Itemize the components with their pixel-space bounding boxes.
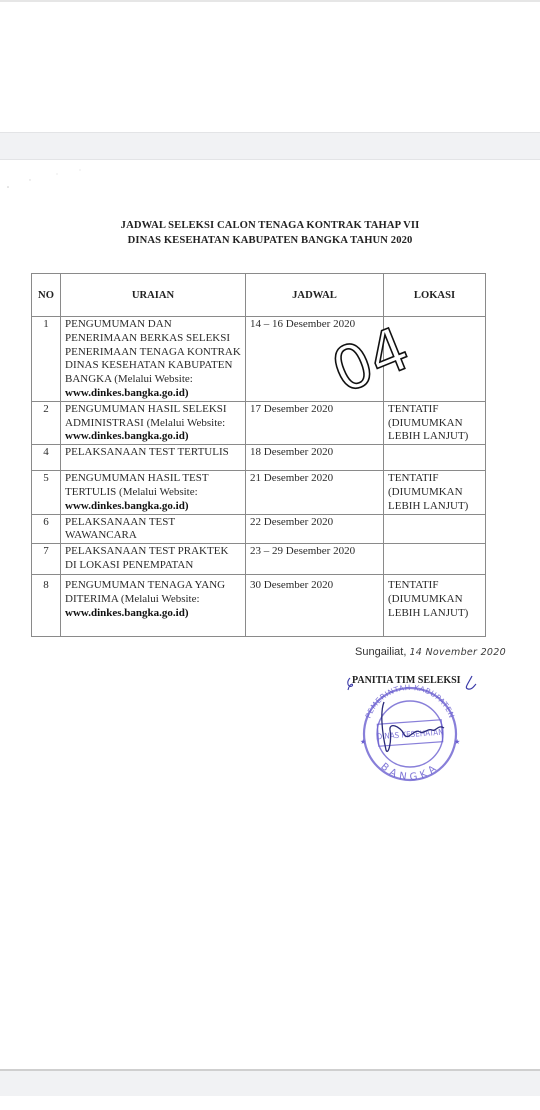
- table-row: 7 PELAKSANAAN TEST PRAKTEK DI LOKASI PEN…: [32, 544, 486, 575]
- cell-uraian: PELAKSANAAN TEST TERTULIS: [61, 445, 246, 471]
- viewer-top-edge: [0, 0, 540, 2]
- cell-uraian: PENGUMUMAN DAN PENERIMAAN BERKAS SELEKSI…: [61, 317, 246, 402]
- website-link[interactable]: www.dinkes.bangka.go.id): [65, 607, 189, 619]
- svg-text:★: ★: [454, 738, 460, 746]
- cell-jadwal: 23 – 29 Desember 2020: [246, 544, 384, 575]
- document-title-line-2: DINAS KESEHATAN KABUPATEN BANGKA TAHUN 2…: [0, 235, 540, 246]
- place-date-line: Sungailiat, 14 November 2020: [355, 646, 506, 658]
- cell-lokasi: TENTATIF (DIUMUMKAN LEBIH LANJUT): [384, 471, 486, 514]
- page-separator-top: [0, 132, 540, 160]
- cell-uraian: PENGUMUMAN TENAGA YANG DITERIMA (Melalui…: [61, 575, 246, 637]
- committee-label: PANITIA TIM SELEKSI: [352, 675, 461, 686]
- table-row: 6 PELAKSANAAN TEST WAWANCARA 22 Desember…: [32, 514, 486, 544]
- cell-lokasi: TENTATIF (DIUMUMKAN LEBIH LANJUT): [384, 575, 486, 637]
- place-name: Sungailiat,: [355, 646, 406, 658]
- cell-uraian: PENGUMUMAN HASIL TEST TERTULIS (Melalui …: [61, 471, 246, 514]
- svg-text:★: ★: [360, 738, 366, 746]
- seal-bottom-text: BANGKA: [378, 761, 441, 782]
- cell-lokasi: [384, 445, 486, 471]
- handwritten-date: 14 November 2020: [409, 647, 506, 658]
- document-title-line-1: JADWAL SELEKSI CALON TENAGA KONTRAK TAHA…: [0, 220, 540, 231]
- cell-jadwal: 22 Desember 2020: [246, 514, 384, 544]
- schedule-table: NO URAIAN JADWAL LOKASI 1 PENGUMUMAN DAN…: [31, 273, 486, 637]
- cell-no: 6: [32, 514, 61, 544]
- cell-jadwal: 17 Desember 2020: [246, 401, 384, 444]
- seal-center-text: DINAS KESEHATAN: [376, 728, 443, 742]
- uraian-text: PENGUMUMAN DAN PENERIMAAN BERKAS SELEKSI…: [65, 318, 241, 385]
- table-header-row: NO URAIAN JADWAL LOKASI: [32, 274, 486, 317]
- cell-jadwal: 21 Desember 2020: [246, 471, 384, 514]
- table-row: 1 PENGUMUMAN DAN PENERIMAAN BERKAS SELEK…: [32, 317, 486, 402]
- uraian-text: PENGUMUMAN TENAGA YANG DITERIMA (Melalui…: [65, 579, 225, 605]
- header-no: NO: [32, 274, 61, 317]
- cell-no: 4: [32, 445, 61, 471]
- cell-no: 5: [32, 471, 61, 514]
- uraian-text: PENGUMUMAN HASIL SELEKSI ADMINISTRASI (M…: [65, 403, 227, 429]
- table-row: 2 PENGUMUMAN HASIL SELEKSI ADMINISTRASI …: [32, 401, 486, 444]
- cell-lokasi: [384, 514, 486, 544]
- cell-uraian: PELAKSANAAN TEST WAWANCARA: [61, 514, 246, 544]
- next-page-edge: [0, 1096, 540, 1110]
- cell-no: 1: [32, 317, 61, 402]
- cell-uraian: PELAKSANAAN TEST PRAKTEK DI LOKASI PENEM…: [61, 544, 246, 575]
- page-separator-bottom: [0, 1069, 540, 1097]
- website-link[interactable]: www.dinkes.bangka.go.id): [65, 430, 189, 442]
- official-seal-stamp: PEMERINTAH KABUPATEN BANGKA DINAS KESEHA…: [340, 672, 480, 782]
- cell-lokasi: [384, 544, 486, 575]
- header-lokasi: LOKASI: [384, 274, 486, 317]
- cell-jadwal: 30 Desember 2020: [246, 575, 384, 637]
- cell-lokasi: TENTATIF (DIUMUMKAN LEBIH LANJUT): [384, 401, 486, 444]
- cell-uraian: PENGUMUMAN HASIL SELEKSI ADMINISTRASI (M…: [61, 401, 246, 444]
- header-uraian: URAIAN: [61, 274, 246, 317]
- table-row: 8 PENGUMUMAN TENAGA YANG DITERIMA (Melal…: [32, 575, 486, 637]
- cell-jadwal: 18 Desember 2020: [246, 445, 384, 471]
- cell-lokasi: [384, 317, 486, 402]
- header-jadwal: JADWAL: [246, 274, 384, 317]
- table-row: 5 PENGUMUMAN HASIL TEST TERTULIS (Melalu…: [32, 471, 486, 514]
- cell-no: 8: [32, 575, 61, 637]
- cell-jadwal: 14 – 16 Desember 2020: [246, 317, 384, 402]
- seal-top-text: PEMERINTAH KABUPATEN: [364, 683, 457, 720]
- website-link[interactable]: www.dinkes.bangka.go.id): [65, 387, 189, 399]
- svg-text:PEMERINTAH KABUPATEN: PEMERINTAH KABUPATEN: [364, 683, 457, 720]
- scan-specks: [0, 158, 100, 198]
- cell-no: 2: [32, 401, 61, 444]
- svg-text:BANGKA: BANGKA: [378, 761, 441, 782]
- table-row: 4 PELAKSANAAN TEST TERTULIS 18 Desember …: [32, 445, 486, 471]
- website-link[interactable]: www.dinkes.bangka.go.id): [65, 500, 189, 512]
- cell-no: 7: [32, 544, 61, 575]
- uraian-text: PENGUMUMAN HASIL TEST TERTULIS (Melalui …: [65, 472, 208, 498]
